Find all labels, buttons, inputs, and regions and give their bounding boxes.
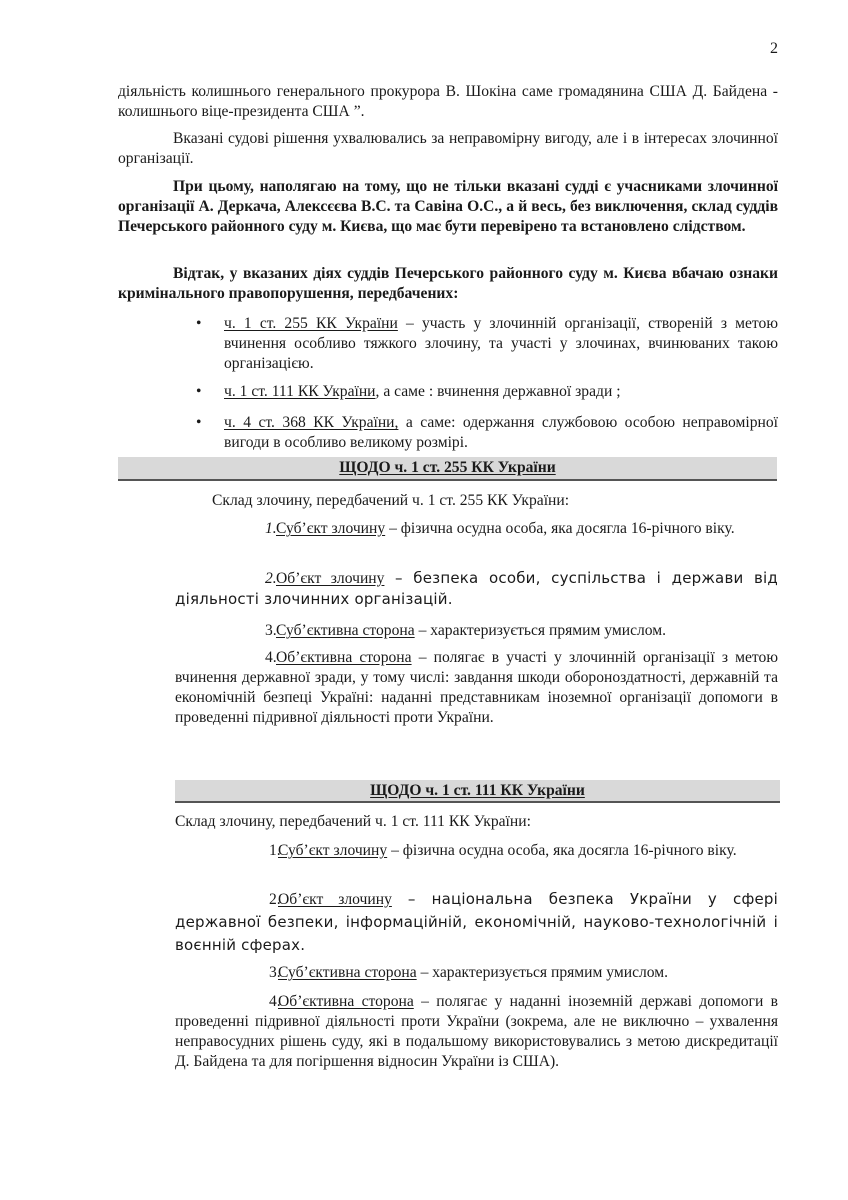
section-header-111: ЩОДО ч. 1 ст. 111 КК України	[175, 780, 780, 803]
item-label: Об’єктивна сторона	[278, 993, 414, 1010]
item-number: 4.	[222, 992, 278, 1012]
section-intro: Склад злочину, передбачений ч. 1 ст. 255…	[212, 491, 778, 511]
section-item-1: 1.Суб’єкт злочину – фізична осудна особа…	[175, 841, 778, 861]
page-number: 2	[770, 40, 778, 58]
item-text: – фізична осудна особа, яка досягла 16-р…	[385, 520, 734, 537]
section-item-2: 2.Об’єкт злочину – національна безпека У…	[175, 888, 778, 957]
bullet-icon: •	[196, 382, 201, 402]
item-label: Об’єктивна сторона	[276, 649, 412, 666]
item-label: Об’єкт злочину	[276, 570, 384, 587]
item-label: Суб’єктивна сторона	[276, 622, 415, 639]
intro-paragraph-4: Відтак, у вказаних діях суддів Печерсько…	[118, 264, 778, 304]
bullet-item-1: • ч. 1 ст. 255 КК України – участь у зло…	[224, 314, 778, 374]
bullet-icon: •	[196, 413, 201, 433]
intro-paragraph-1: діяльність колишнього генерального проку…	[118, 82, 778, 122]
bullet-text: , а саме : вчинення державної зради ;	[376, 383, 621, 400]
item-number: 4.	[220, 648, 276, 668]
item-number: 3.	[220, 621, 276, 641]
intro-paragraph-2: Вказані судові рішення ухвалювались за н…	[118, 129, 778, 169]
bullet-ref: ч. 4 ст. 368 КК України,	[224, 414, 398, 431]
item-number: 2.	[222, 889, 278, 911]
section-item-4: 4.Об’єктивна сторона – полягає у наданні…	[175, 992, 778, 1072]
item-label: Суб’єкт злочину	[278, 842, 387, 859]
section-item-1: 1.Суб’єкт злочину – фізична осудна особа…	[175, 519, 778, 539]
section-item-3: 3.Суб’єктивна сторона – характеризується…	[175, 963, 778, 983]
section-item-2: 2.Об’єкт злочину – безпека особи, суспіл…	[175, 568, 778, 610]
item-label: Суб’єктивна сторона	[278, 964, 417, 981]
section-intro: Склад злочину, передбачений ч. 1 ст. 111…	[175, 812, 778, 832]
bullet-ref: ч. 1 ст. 255 КК України	[224, 315, 398, 332]
item-text: – фізична осудна особа, яка досягла 16-р…	[387, 842, 736, 859]
item-label: Суб’єкт злочину	[276, 520, 385, 537]
item-text: – характеризується прямим умислом.	[415, 622, 666, 639]
intro-paragraph-3: При цьому, наполягаю на тому, що не тіль…	[118, 177, 778, 237]
item-number: 1.	[220, 519, 276, 539]
item-number: 1.	[222, 841, 278, 861]
bullet-item-3: • ч. 4 ст. 368 КК України, а саме: одерж…	[224, 413, 778, 453]
bullet-icon: •	[196, 314, 201, 334]
bullet-item-2: • ч. 1 ст. 111 КК України, а саме : вчин…	[224, 382, 778, 402]
item-number: 2.	[220, 569, 276, 589]
section-item-4: 4.Об’єктивна сторона – полягає в участі …	[175, 648, 778, 728]
section-item-3: 3.Суб’єктивна сторона – характеризується…	[175, 621, 778, 641]
item-number: 3.	[222, 963, 278, 983]
bullet-ref: ч. 1 ст. 111 КК України	[224, 383, 376, 400]
section-header-text: ЩОДО ч. 1 ст. 111 КК України	[370, 782, 585, 799]
item-text: – характеризується прямим умислом.	[417, 964, 668, 981]
section-header-255: ЩОДО ч. 1 ст. 255 КК України	[118, 457, 777, 481]
item-label: Об’єкт злочину	[278, 891, 392, 908]
section-header-text: ЩОДО ч. 1 ст. 255 КК України	[339, 459, 555, 476]
document-page: 2 діяльність колишнього генерального про…	[0, 0, 848, 1200]
